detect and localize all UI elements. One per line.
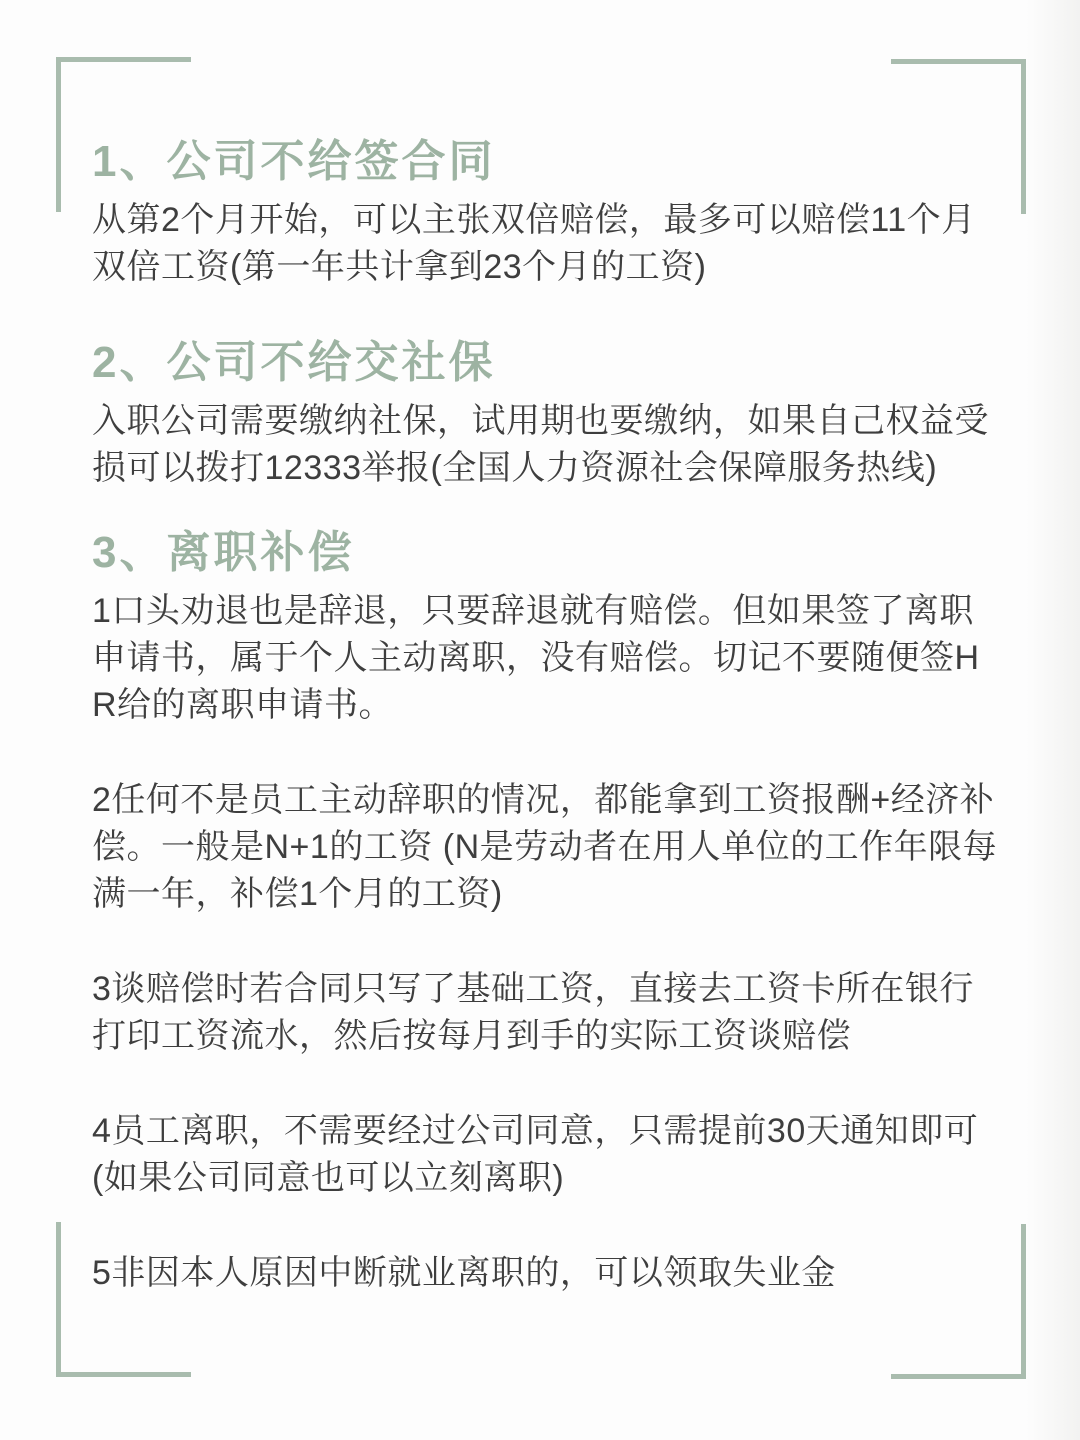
section-1-paragraph: 从第2个月开始，可以主张双倍赔偿，最多可以赔偿11个月双倍工资(第一年共计拿到2… [92,197,1004,291]
section-3-paragraph-2: 2任何不是员工主动辞职的情况，都能拿到工资报酬+经济补偿。一般是N+1的工资 (… [92,777,1004,918]
section-3-heading: 3、离职补偿 [92,526,1004,580]
section-2-paragraph: 入职公司需要缴纳社保，试用期也要缴纳，如果自己权益受损可以拨打12333举报(全… [92,398,1004,492]
card-content: 1、公司不给签合同 从第2个月开始，可以主张双倍赔偿，最多可以赔偿11个月双倍工… [92,0,1004,1297]
section-3-paragraph-3: 3谈赔偿时若合同只写了基础工资，直接去工资卡所在银行打印工资流水，然后按每月到手… [92,966,1004,1060]
info-card: 1、公司不给签合同 从第2个月开始，可以主张双倍赔偿，最多可以赔偿11个月双倍工… [0,0,1080,1440]
section-2-heading: 2、公司不给交社保 [92,336,1004,390]
section-3-paragraph-1: 1口头劝退也是辞退，只要辞退就有赔偿。但如果签了离职申请书，属于个人主动离职，没… [92,588,1004,729]
section-3-paragraph-5: 5非因本人原因中断就业离职的，可以领取失业金 [92,1250,1004,1297]
section-1-heading: 1、公司不给签合同 [92,135,1004,189]
section-3-paragraph-4: 4员工离职，不需要经过公司同意，只需提前30天通知即可(如果公司同意也可以立刻离… [92,1108,1004,1202]
